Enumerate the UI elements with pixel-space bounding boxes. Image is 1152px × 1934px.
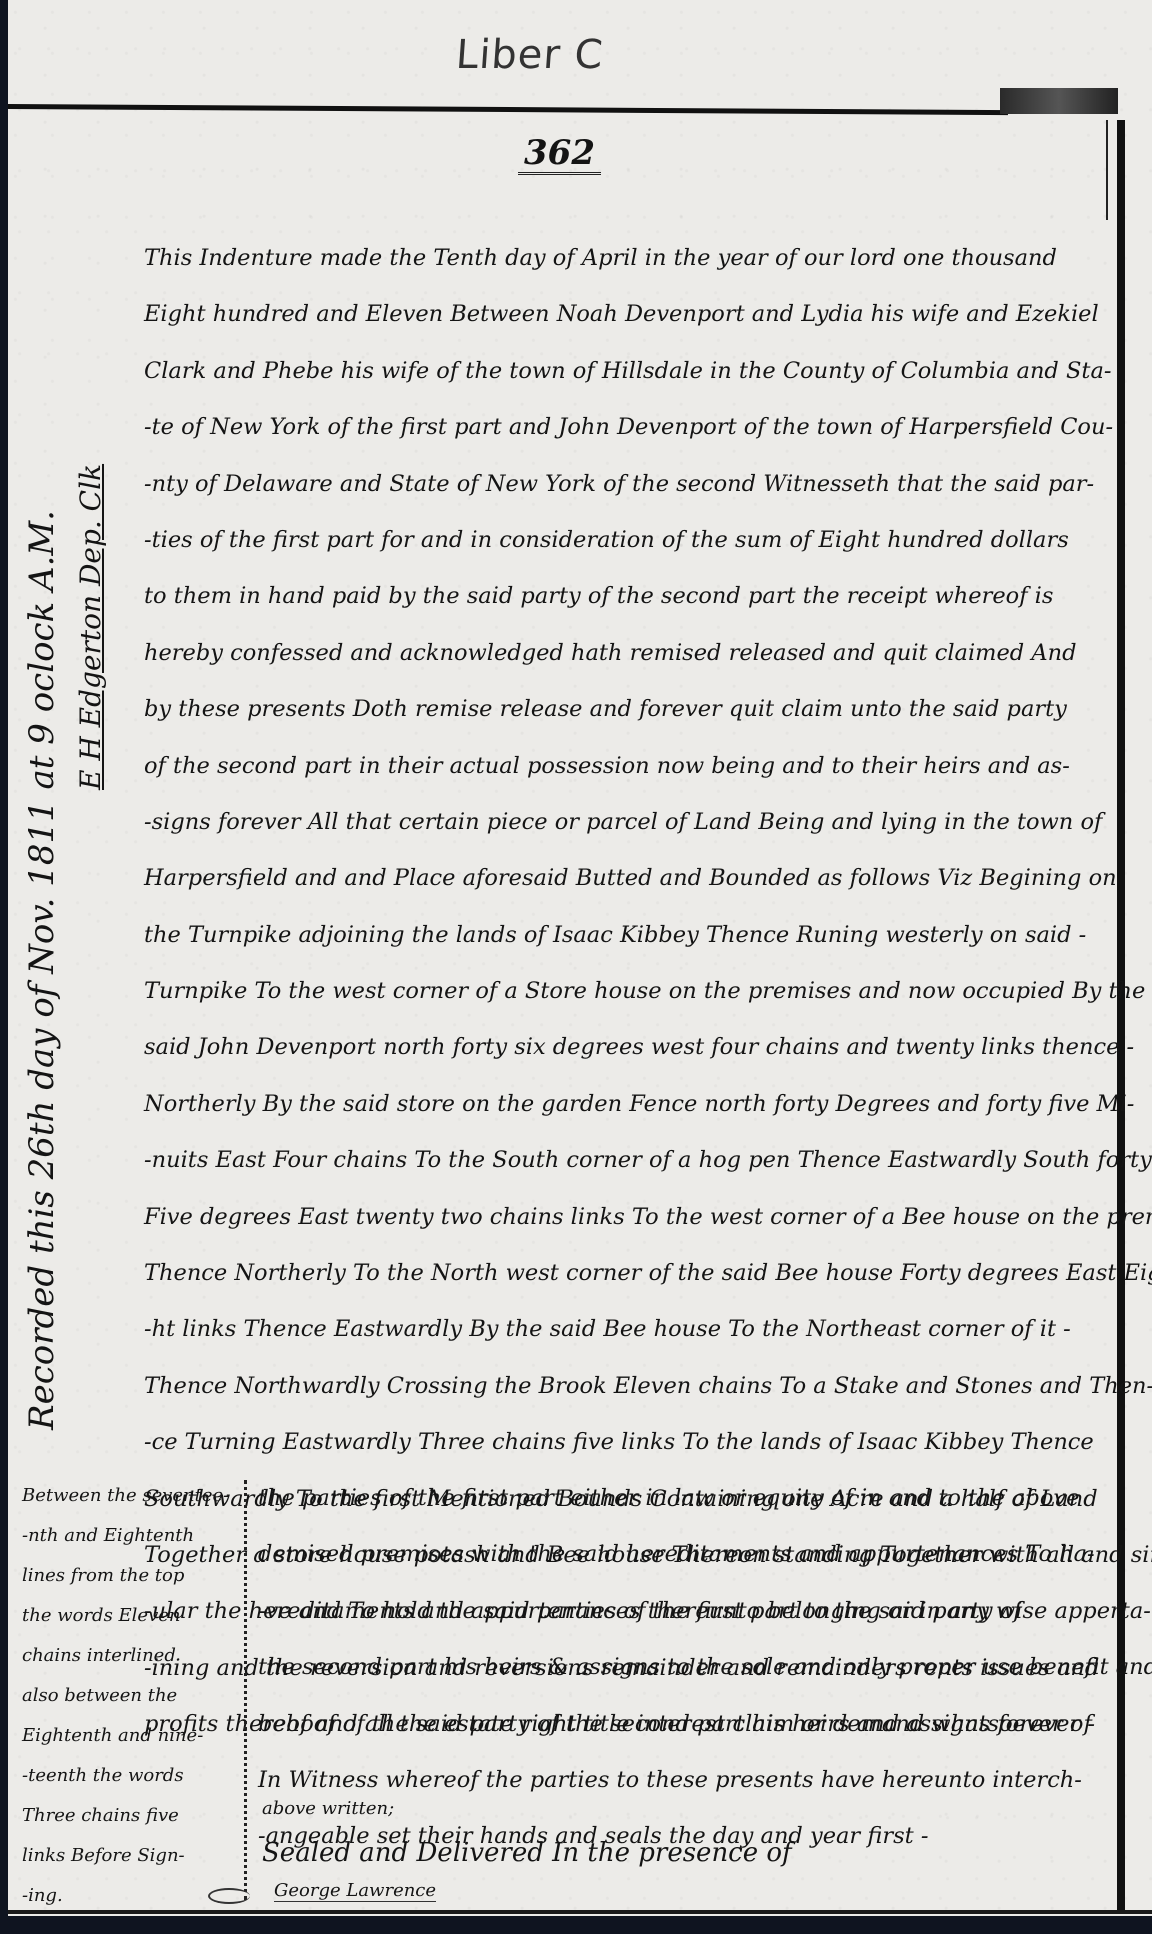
body-line: by these presents Doth remise release an… (144, 681, 1104, 737)
body-line: demised premises with the said hereditam… (258, 1526, 1108, 1582)
body-line: Thence Northwardly Crossing the Brook El… (144, 1358, 1104, 1414)
bracket-curl (208, 1888, 250, 1904)
witness-name: George Lawrence (274, 1880, 436, 1902)
body-line: hereby confessed and acknowledged hath r… (144, 625, 1104, 681)
body-line: -signs forever All that certain piece or… (144, 794, 1104, 850)
body-line: the second part his heirs & assigns to t… (258, 1639, 1108, 1695)
clerk-signature-text: E H Edgerton Dep. Clk (74, 464, 107, 790)
body-line: the parties of the first part either in … (258, 1470, 1108, 1526)
note-line: links Before Sign- (22, 1836, 252, 1876)
body-line: the Turnpike adjoining the lands of Isaa… (144, 907, 1104, 963)
body-line: This Indenture made the Tenth day of Apr… (144, 230, 1104, 286)
right-margin-rule (1117, 120, 1125, 1910)
note-line: Eightenth and nine- (22, 1716, 252, 1756)
body-line: said John Devenport north forty six degr… (144, 1019, 1104, 1075)
body-line: Harpersfield and and Place aforesaid But… (144, 850, 1104, 906)
note-line: Between the seventee- (22, 1476, 252, 1516)
body-line: -nuits East Four chains To the South cor… (144, 1132, 1104, 1188)
body-line: Eight hundred and Eleven Between Noah De… (144, 286, 1104, 342)
body-line: -ve and To hold the said parties of the … (258, 1583, 1108, 1639)
body-line: Turnpike To the west corner of a Store h… (144, 963, 1104, 1019)
body-line: -ties of the first part for and in consi… (144, 512, 1104, 568)
deed-page: Liber C 362 E H Edgerton Dep. Clk Record… (8, 0, 1152, 1916)
recorded-note: Recorded this 26th day of Nov. 1811 at 9… (22, 510, 62, 1430)
dotted-bracket (244, 1480, 255, 1900)
note-line: chains interlined (22, 1636, 252, 1676)
interlineation-note: Between the seventee- -nth and Eightenth… (22, 1476, 252, 1916)
body-line: Five degrees East twenty two chains link… (144, 1189, 1104, 1245)
note-line: Three chains five (22, 1796, 252, 1836)
page-number: 362 (518, 136, 601, 175)
top-rule-divider (8, 104, 1008, 115)
right-thin-line (1106, 120, 1108, 220)
note-line: lines from the top (22, 1556, 252, 1596)
body-line: -ht links Thence Eastwardly By the said … (144, 1301, 1104, 1357)
body-line: of the second part in their actual posse… (144, 738, 1104, 794)
note-line: -teenth the words (22, 1756, 252, 1796)
clerk-signature: E H Edgerton Dep. Clk (74, 464, 107, 790)
body-line: behoof of the said party of the second p… (258, 1696, 1108, 1752)
body-line: Northerly By the said store on the garde… (144, 1076, 1104, 1132)
body-line: Thence Northerly To the North west corne… (144, 1245, 1104, 1301)
liber-label: Liber C (454, 32, 605, 78)
note-line: the words Eleven (22, 1596, 252, 1636)
body-line: -te of New York of the first part and Jo… (144, 399, 1104, 455)
corner-ink-block (1000, 88, 1118, 114)
body-line: to them in hand paid by the said party o… (144, 568, 1104, 624)
note-line: also between the (22, 1676, 252, 1716)
body-line: -ce Turning Eastwardly Three chains five… (144, 1414, 1104, 1470)
body-line: -nty of Delaware and State of New York o… (144, 456, 1104, 512)
body-line: Clark and Phebe his wife of the town of … (144, 343, 1104, 399)
above-written: above written; (262, 1798, 394, 1819)
sealed-delivered: Sealed and Delivered In the presence of (262, 1838, 792, 1868)
bottom-rule-divider (8, 1910, 1152, 1914)
note-line: -nth and Eightenth (22, 1516, 252, 1556)
